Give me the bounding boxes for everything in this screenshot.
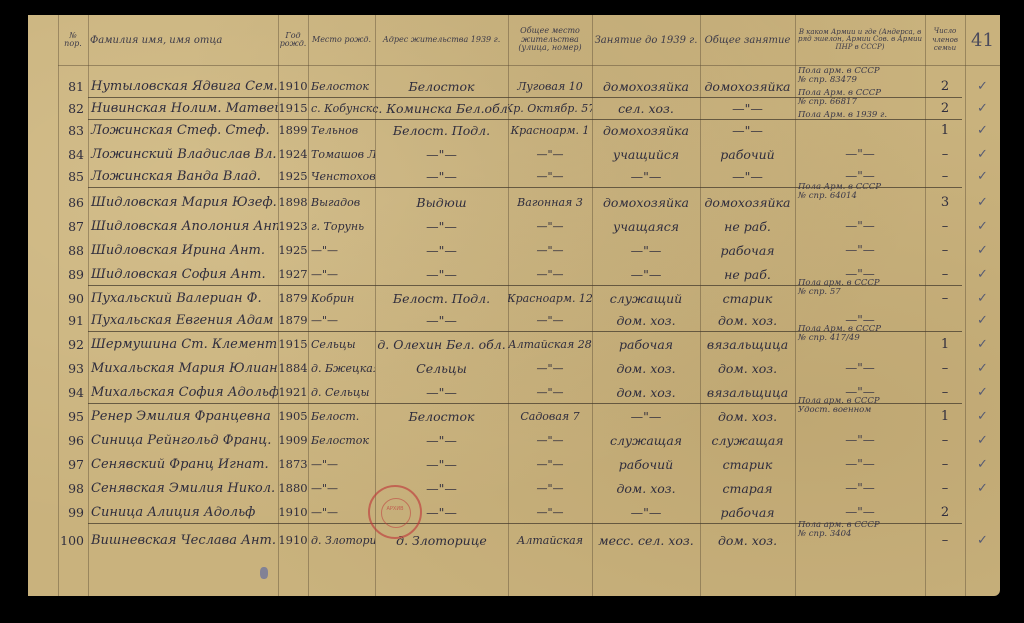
cell-check: ✓ <box>965 529 1000 551</box>
cell-birthplace: —"— <box>308 263 375 285</box>
cell-year: 1884 <box>278 357 308 379</box>
cell-birthplace: —"— <box>308 309 375 331</box>
cell-address-1939: Белост. Подл. <box>375 119 508 141</box>
cell-current-address: Алтайская <box>508 529 592 551</box>
cell-check: ✓ <box>965 333 1000 355</box>
cell-check: ✓ <box>965 75 1000 97</box>
cell-year: 1879 <box>278 309 308 331</box>
cell-birthplace: д. Злоторице <box>308 529 375 551</box>
cell-check: ✓ <box>965 239 1000 261</box>
cell-current-address: —"— <box>508 239 592 261</box>
cell-year: 1915 <box>278 333 308 355</box>
cell-count: – <box>925 165 965 187</box>
cell-no: 84 <box>58 143 88 165</box>
cell-occupation-1939: —"— <box>592 263 700 285</box>
header-current-address: Общее место жительства (улица, номер) <box>508 17 592 63</box>
cell-current-occupation: старая <box>700 477 795 499</box>
header-current-occupation: Общее занятие <box>700 17 795 63</box>
cell-notes: —"— <box>795 143 925 165</box>
header-family-count: Число членов семьи <box>925 17 965 63</box>
note-line: —"— <box>845 270 875 279</box>
cell-current-occupation: —"— <box>700 97 795 119</box>
note-line: —"— <box>845 436 875 445</box>
cell-occupation-1939: служащий <box>592 287 700 309</box>
cell-count: – <box>925 453 965 475</box>
cell-year: 1910 <box>278 501 308 523</box>
cell-year: 1925 <box>278 165 308 187</box>
cell-current-address: Красноарм. 12 <box>508 287 592 309</box>
cell-notes: Пола арм. в СССР№ спр. 83479 <box>795 67 925 89</box>
cell-name: Ложинская Стеф. Стеф. <box>88 119 278 141</box>
cell-occupation-1939: дом. хоз. <box>592 357 700 379</box>
cell-birthplace: —"— <box>308 239 375 261</box>
cell-occupation-1939: домохозяйка <box>592 75 700 97</box>
cell-name: Нутыловская Ядвига Сем. <box>88 75 278 97</box>
cell-check: ✓ <box>965 405 1000 427</box>
cell-current-occupation: —"— <box>700 165 795 187</box>
cell-current-occupation: —"— <box>700 119 795 141</box>
cell-name: Михальская София Адольф <box>88 381 278 403</box>
note-line: —"— <box>845 172 875 181</box>
cell-current-occupation: служащая <box>700 429 795 451</box>
note-line: —"— <box>845 316 875 325</box>
cell-address-1939: Белосток <box>375 405 508 427</box>
cell-address-1939: —"— <box>375 263 508 285</box>
table-row: 95Ренер Эмилия Францевна1905Белост.Белос… <box>28 405 1000 427</box>
cell-year: 1873 <box>278 453 308 475</box>
cell-current-address: Садовая 7 <box>508 405 592 427</box>
cell-occupation-1939: дом. хоз. <box>592 477 700 499</box>
cell-current-occupation: не раб. <box>700 215 795 237</box>
cell-occupation-1939: рабочая <box>592 333 700 355</box>
cell-no: 94 <box>58 381 88 403</box>
cell-check: ✓ <box>965 429 1000 451</box>
cell-birthplace: Сельцы <box>308 333 375 355</box>
cell-name: Синица Алиция Адольф <box>88 501 278 523</box>
note-line: № спр. 66817 <box>798 98 857 107</box>
note-line: Удост. военном <box>798 406 871 415</box>
table-row: 99Синица Алиция Адольф1910—"——"——"——"—ра… <box>28 501 1000 523</box>
cell-no: 98 <box>58 477 88 499</box>
cell-birthplace: с. Кобунская <box>308 97 375 119</box>
cell-name: Нивинская Нолим. Матвей <box>88 97 278 119</box>
cell-check: ✓ <box>965 309 1000 331</box>
note-line: № спр. 83479 <box>798 76 857 85</box>
cell-no: 95 <box>58 405 88 427</box>
cell-no: 88 <box>58 239 88 261</box>
cell-notes: —"— <box>795 453 925 475</box>
cell-current-address: —"— <box>508 309 592 331</box>
cell-current-occupation: старик <box>700 287 795 309</box>
cell-year: 1923 <box>278 215 308 237</box>
cell-count: – <box>925 263 965 285</box>
cell-year: 1905 <box>278 405 308 427</box>
cell-current-occupation: вязальщица <box>700 381 795 403</box>
cell-no: 82 <box>58 97 88 119</box>
note-line: № спр. 3404 <box>798 530 851 539</box>
cell-count: 1 <box>925 333 965 355</box>
cell-name: Ложинский Владислав Вл. <box>88 143 278 165</box>
table-row: 90Пухальский Валериан Ф.1879КобринБелост… <box>28 287 1000 309</box>
cell-notes: —"— <box>795 239 925 261</box>
cell-name: Пухальская Евгения Адам <box>88 309 278 331</box>
cell-notes: Пола арм. в СССР№ спр. 57 <box>795 279 925 301</box>
document-page: № пор. Фамилия имя, имя отца Год рожд. М… <box>28 15 1000 596</box>
cell-address-1939: Сельцы <box>375 357 508 379</box>
cell-occupation-1939: дом. хоз. <box>592 309 700 331</box>
cell-address-1939: —"— <box>375 453 508 475</box>
cell-count: – <box>925 239 965 261</box>
cell-current-occupation: рабочая <box>700 501 795 523</box>
note-line: Пола Арм. в 1939 г. <box>798 111 887 120</box>
cell-current-occupation: рабочая <box>700 239 795 261</box>
cell-year: 1909 <box>278 429 308 451</box>
cell-notes: Пола Арм. в 1939 г. <box>795 111 925 133</box>
header-year: Год рожд. <box>278 17 308 63</box>
cell-count: – <box>925 381 965 403</box>
cell-check: ✓ <box>965 477 1000 499</box>
header-army-notes: В каком Армии и где (Андерса, в ряд эшел… <box>795 17 925 63</box>
cell-address-1939: —"— <box>375 215 508 237</box>
cell-no: 92 <box>58 333 88 355</box>
cell-year: 1921 <box>278 381 308 403</box>
cell-name: Ложинская Ванда Влад. <box>88 165 278 187</box>
cell-count: – <box>925 529 965 551</box>
cell-year: 1899 <box>278 119 308 141</box>
cell-address-1939: Выдюш <box>375 191 508 213</box>
table-row: 88Шидловская Ирина Ант.1925—"——"——"——"—р… <box>28 239 1000 261</box>
note-line: —"— <box>845 150 875 159</box>
cell-no: 85 <box>58 165 88 187</box>
cell-no: 100 <box>58 529 88 551</box>
table-row: 97Сенявский Франц Игнат.1873—"——"——"—раб… <box>28 453 1000 475</box>
cell-name: Михальская Мария Юлиан. <box>88 357 278 379</box>
cell-count: – <box>925 287 965 309</box>
cell-address-1939: —"— <box>375 143 508 165</box>
header-divider <box>58 65 1000 66</box>
cell-current-occupation: домохозяйка <box>700 191 795 213</box>
cell-no: 90 <box>58 287 88 309</box>
cell-current-occupation: не раб. <box>700 263 795 285</box>
note-line: —"— <box>845 246 875 255</box>
cell-year: 1910 <box>278 529 308 551</box>
cell-name: Пухальский Валериан Ф. <box>88 287 278 309</box>
cell-current-occupation: домохозяйка <box>700 75 795 97</box>
cell-current-address: —"— <box>508 143 592 165</box>
cell-current-address: Кр. Октябр. 57 <box>508 97 592 119</box>
note-line: № спр. 57 <box>798 288 841 297</box>
archive-stamp: АРХИВ <box>368 485 422 539</box>
cell-current-occupation: старик <box>700 453 795 475</box>
cell-birthplace: Белосток <box>308 429 375 451</box>
cell-address-1939: —"— <box>375 165 508 187</box>
cell-count: – <box>925 215 965 237</box>
cell-occupation-1939: учащаяся <box>592 215 700 237</box>
header-no: № пор. <box>58 17 88 63</box>
cell-check: ✓ <box>965 97 1000 119</box>
cell-occupation-1939: сел. хоз. <box>592 97 700 119</box>
cell-no: 99 <box>58 501 88 523</box>
cell-check: ✓ <box>965 381 1000 403</box>
cell-birthplace: д. Сельцы <box>308 381 375 403</box>
cell-no: 96 <box>58 429 88 451</box>
cell-address-1939: с. Коминска Бел.обл. <box>375 97 508 119</box>
cell-birthplace: Ченстохова <box>308 165 375 187</box>
cell-address-1939: —"— <box>375 239 508 261</box>
cell-current-occupation: дом. хоз. <box>700 405 795 427</box>
cell-occupation-1939: —"— <box>592 501 700 523</box>
note-line: —"— <box>845 388 875 397</box>
note-line: —"— <box>845 222 875 231</box>
cell-notes: Пола арм. в СССРУдост. военном <box>795 397 925 419</box>
note-line: —"— <box>845 460 875 469</box>
cell-name: Шермушина Ст. Клемент. <box>88 333 278 355</box>
cell-check: ✓ <box>965 287 1000 309</box>
note-line: —"— <box>845 484 875 493</box>
folio-number: 41 <box>965 17 1000 63</box>
cell-count: – <box>925 357 965 379</box>
table-row: 86Шидловская Мария Юзеф.1898ВыгадовВыдюш… <box>28 191 1000 213</box>
cell-current-address: —"— <box>508 501 592 523</box>
table-row: 83Ложинская Стеф. Стеф.1899ТельновБелост… <box>28 119 1000 141</box>
table-row: 100Вишневская Чеслава Ант.1910д. Злотори… <box>28 529 1000 551</box>
cell-count: – <box>925 429 965 451</box>
cell-count: 3 <box>925 191 965 213</box>
note-line: —"— <box>845 364 875 373</box>
cell-check: ✓ <box>965 453 1000 475</box>
header-occupation-1939: Занятие до 1939 г. <box>592 17 700 63</box>
cell-notes: Пола арм. в СССР№ спр. 3404 <box>795 521 925 543</box>
cell-address-1939: —"— <box>375 429 508 451</box>
cell-occupation-1939: —"— <box>592 165 700 187</box>
cell-occupation-1939: учащийся <box>592 143 700 165</box>
cell-name: Синица Рейнгольд Франц. <box>88 429 278 451</box>
table-row: 92Шермушина Ст. Клемент.1915Сельцыд. Оле… <box>28 333 1000 355</box>
cell-current-address: —"— <box>508 453 592 475</box>
cell-current-address: Луговая 10 <box>508 75 592 97</box>
cell-check: ✓ <box>965 357 1000 379</box>
cell-current-occupation: вязальщица <box>700 333 795 355</box>
cell-current-address: Алтайская 28 <box>508 333 592 355</box>
header-address-1939: Адрес жительства 1939 г. <box>375 17 508 63</box>
cell-notes: Пола Арм. в СССР№ спр. 66817 <box>795 89 925 111</box>
cell-current-address: —"— <box>508 477 592 499</box>
cell-count: 1 <box>925 119 965 141</box>
cell-no: 97 <box>58 453 88 475</box>
cell-notes: Пола Арм. в СССР№ спр. 64014 <box>795 183 925 205</box>
cell-count: 2 <box>925 501 965 523</box>
cell-birthplace: д. Бжецкая <box>308 357 375 379</box>
cell-occupation-1939: —"— <box>592 405 700 427</box>
cell-current-address: Красноарм. 1 <box>508 119 592 141</box>
cell-current-address: —"— <box>508 357 592 379</box>
cell-birthplace: Тельнов <box>308 119 375 141</box>
cell-name: Сенявский Франц Игнат. <box>88 453 278 475</box>
cell-address-1939: Белосток <box>375 75 508 97</box>
cell-check: ✓ <box>965 263 1000 285</box>
cell-year: 1915 <box>278 97 308 119</box>
cell-no: 91 <box>58 309 88 331</box>
cell-no: 93 <box>58 357 88 379</box>
cell-birthplace: Кобрин <box>308 287 375 309</box>
cell-year: 1910 <box>278 75 308 97</box>
cell-check: ✓ <box>965 215 1000 237</box>
cell-name: Шидловская Ирина Ант. <box>88 239 278 261</box>
cell-notes: Пола Арм. в СССР№ спр. 417/49 <box>795 325 925 347</box>
cell-check: ✓ <box>965 191 1000 213</box>
cell-occupation-1939: домохозяйка <box>592 191 700 213</box>
cell-birthplace: Томашов Люб. <box>308 143 375 165</box>
note-line: № спр. 64014 <box>798 192 857 201</box>
cell-address-1939: Белост. Подл. <box>375 287 508 309</box>
stamp-text: АРХИВ <box>370 506 420 512</box>
cell-count: 2 <box>925 75 965 97</box>
cell-address-1939: д. Олехин Бел. обл. <box>375 333 508 355</box>
cell-current-address: Вагонная 3 <box>508 191 592 213</box>
cell-no: 81 <box>58 75 88 97</box>
cell-year: 1924 <box>278 143 308 165</box>
cell-name: Шидловская Аполония Ант. <box>88 215 278 237</box>
cell-year: 1879 <box>278 287 308 309</box>
cell-current-occupation: дом. хоз. <box>700 529 795 551</box>
table-row: 98Сенявская Эмилия Никол.1880—"——"——"—до… <box>28 477 1000 499</box>
cell-name: Сенявская Эмилия Никол. <box>88 477 278 499</box>
cell-current-occupation: дом. хоз. <box>700 357 795 379</box>
cell-name: Шидловская София Ант. <box>88 263 278 285</box>
cell-name: Ренер Эмилия Францевна <box>88 405 278 427</box>
cell-address-1939: —"— <box>375 309 508 331</box>
cell-birthplace: —"— <box>308 477 375 499</box>
cell-current-address: —"— <box>508 429 592 451</box>
cell-notes: —"— <box>795 501 925 523</box>
cell-check: ✓ <box>965 165 1000 187</box>
cell-occupation-1939: дом. хоз. <box>592 381 700 403</box>
table-row: 87Шидловская Аполония Ант.1923г. Торунь—… <box>28 215 1000 237</box>
cell-no: 83 <box>58 119 88 141</box>
cell-current-address: —"— <box>508 381 592 403</box>
cell-count: 1 <box>925 405 965 427</box>
cell-current-address: —"— <box>508 215 592 237</box>
cell-occupation-1939: домохозяйка <box>592 119 700 141</box>
cell-address-1939: —"— <box>375 381 508 403</box>
cell-check: ✓ <box>965 143 1000 165</box>
header-name: Фамилия имя, имя отца <box>88 17 278 63</box>
cell-count: – <box>925 477 965 499</box>
table-row: 84Ложинский Владислав Вл.1924Томашов Люб… <box>28 143 1000 165</box>
cell-birthplace: Белост. <box>308 405 375 427</box>
cell-count: 2 <box>925 97 965 119</box>
cell-check <box>965 501 1000 523</box>
cell-occupation-1939: месс. сел. хоз. <box>592 529 700 551</box>
cell-current-address: —"— <box>508 263 592 285</box>
cell-year: 1898 <box>278 191 308 213</box>
cell-no: 89 <box>58 263 88 285</box>
cell-notes: —"— <box>795 357 925 379</box>
cell-notes: —"— <box>795 429 925 451</box>
cell-birthplace: —"— <box>308 501 375 523</box>
cell-check: ✓ <box>965 119 1000 141</box>
cell-occupation-1939: рабочий <box>592 453 700 475</box>
cell-current-occupation: рабочий <box>700 143 795 165</box>
cell-no: 87 <box>58 215 88 237</box>
table-row: 96Синица Рейнгольд Франц.1909Белосток—"—… <box>28 429 1000 451</box>
cell-count: – <box>925 143 965 165</box>
cell-no: 86 <box>58 191 88 213</box>
cell-current-occupation: дом. хоз. <box>700 309 795 331</box>
cell-year: 1880 <box>278 477 308 499</box>
cell-occupation-1939: служащая <box>592 429 700 451</box>
cell-year: 1925 <box>278 239 308 261</box>
cell-year: 1927 <box>278 263 308 285</box>
cell-name: Вишневская Чеслава Ант. <box>88 529 278 551</box>
note-line: —"— <box>845 508 875 517</box>
cell-current-address: —"— <box>508 165 592 187</box>
cell-notes: —"— <box>795 477 925 499</box>
header-birthplace: Место рожд. <box>308 17 375 63</box>
cell-birthplace: Белосток <box>308 75 375 97</box>
cell-notes: —"— <box>795 215 925 237</box>
cell-birthplace: г. Торунь <box>308 215 375 237</box>
cell-birthplace: —"— <box>308 453 375 475</box>
cell-count <box>925 309 965 331</box>
cell-name: Шидловская Мария Юзеф. <box>88 191 278 213</box>
cell-birthplace: Выгадов <box>308 191 375 213</box>
table-row: 93Михальская Мария Юлиан.1884д. БжецкаяС… <box>28 357 1000 379</box>
ink-blot <box>260 567 268 579</box>
note-line: № спр. 417/49 <box>798 334 860 343</box>
cell-occupation-1939: —"— <box>592 239 700 261</box>
